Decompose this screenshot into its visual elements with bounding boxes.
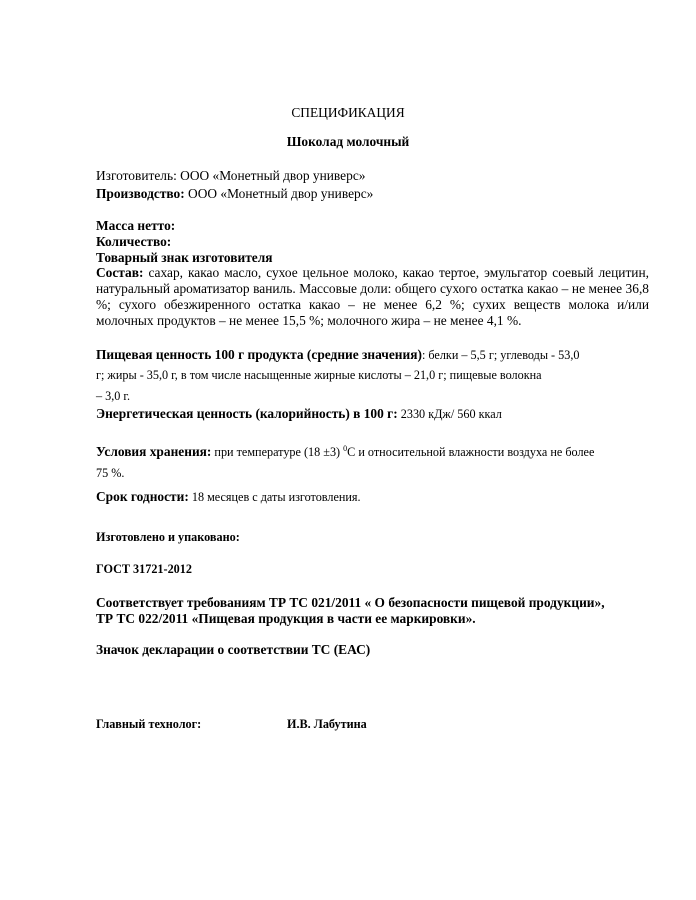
shelf-life-line: Срок годности: 18 месяцев с даты изготов… xyxy=(96,489,361,505)
energy-value: 2330 кДж/ 560 ккал xyxy=(398,407,502,421)
trademark-label: Товарный знак изготовителя xyxy=(96,250,273,266)
composition-label: Состав: xyxy=(96,265,143,280)
manufacturer-label: Изготовитель: xyxy=(96,168,177,183)
nutrition-line-1: Пищевая ценность 100 г продукта (средние… xyxy=(96,347,580,363)
production-label: Производство: xyxy=(96,186,185,201)
shelf-life-value: 18 месяцев с даты изготовления. xyxy=(189,490,361,504)
storage-label: Условия хранения: xyxy=(96,444,211,459)
production-line: Производство: ООО «Монетный двор универс… xyxy=(96,186,373,202)
made-packed-label: Изготовлено и упаковано: xyxy=(96,529,240,545)
document-title: СПЕЦИФИКАЦИЯ xyxy=(0,105,696,121)
storage-humidity: С и относительной влажности воздуха не б… xyxy=(347,445,594,459)
storage-line-1: Условия хранения: при температуре (18 ±3… xyxy=(96,444,594,460)
composition-value: сахар, какао масло, сухое цельное молоко… xyxy=(96,265,649,328)
shelf-life-label: Срок годности: xyxy=(96,489,189,504)
nutrition-line-2: г; жиры - 35,0 г, в том числе насыщенные… xyxy=(96,367,542,383)
storage-temp: при температуре (18 ±3) xyxy=(211,445,343,459)
gost-label: ГОСТ 31721-2012 xyxy=(96,561,192,577)
compliance-line-2: ТР ТС 022/2011 «Пищевая продукция в част… xyxy=(96,611,476,627)
compliance-line-1: Соответствует требованиям ТР ТС 021/2011… xyxy=(96,595,605,611)
manufacturer-line: Изготовитель: ООО «Монетный двор универс… xyxy=(96,168,365,184)
energy-label: Энергетическая ценность (калорийность) в… xyxy=(96,406,398,421)
signature-role: Главный технолог: xyxy=(96,716,201,732)
nutrition-line-3: – 3,0 г. xyxy=(96,388,130,404)
signature-name: И.В. Лабутина xyxy=(287,716,367,732)
nutrition-label: Пищевая ценность 100 г продукта (средние… xyxy=(96,347,422,362)
production-value: ООО «Монетный двор универс» xyxy=(185,186,374,201)
energy-line: Энергетическая ценность (калорийность) в… xyxy=(96,406,502,422)
nutrition-values-1: : белки – 5,5 г; углеводы - 53,0 xyxy=(422,348,580,362)
eac-mark-label: Значок декларации о соответствии ТС (ЕАС… xyxy=(96,642,370,658)
product-name: Шоколад молочный xyxy=(0,134,696,150)
composition-paragraph: Состав: сахар, какао масло, сухое цельно… xyxy=(96,265,649,329)
quantity-label: Количество: xyxy=(96,234,171,250)
manufacturer-value: ООО «Монетный двор универс» xyxy=(177,168,366,183)
net-mass-label: Масса нетто: xyxy=(96,218,175,234)
storage-line-2: 75 %. xyxy=(96,465,124,481)
